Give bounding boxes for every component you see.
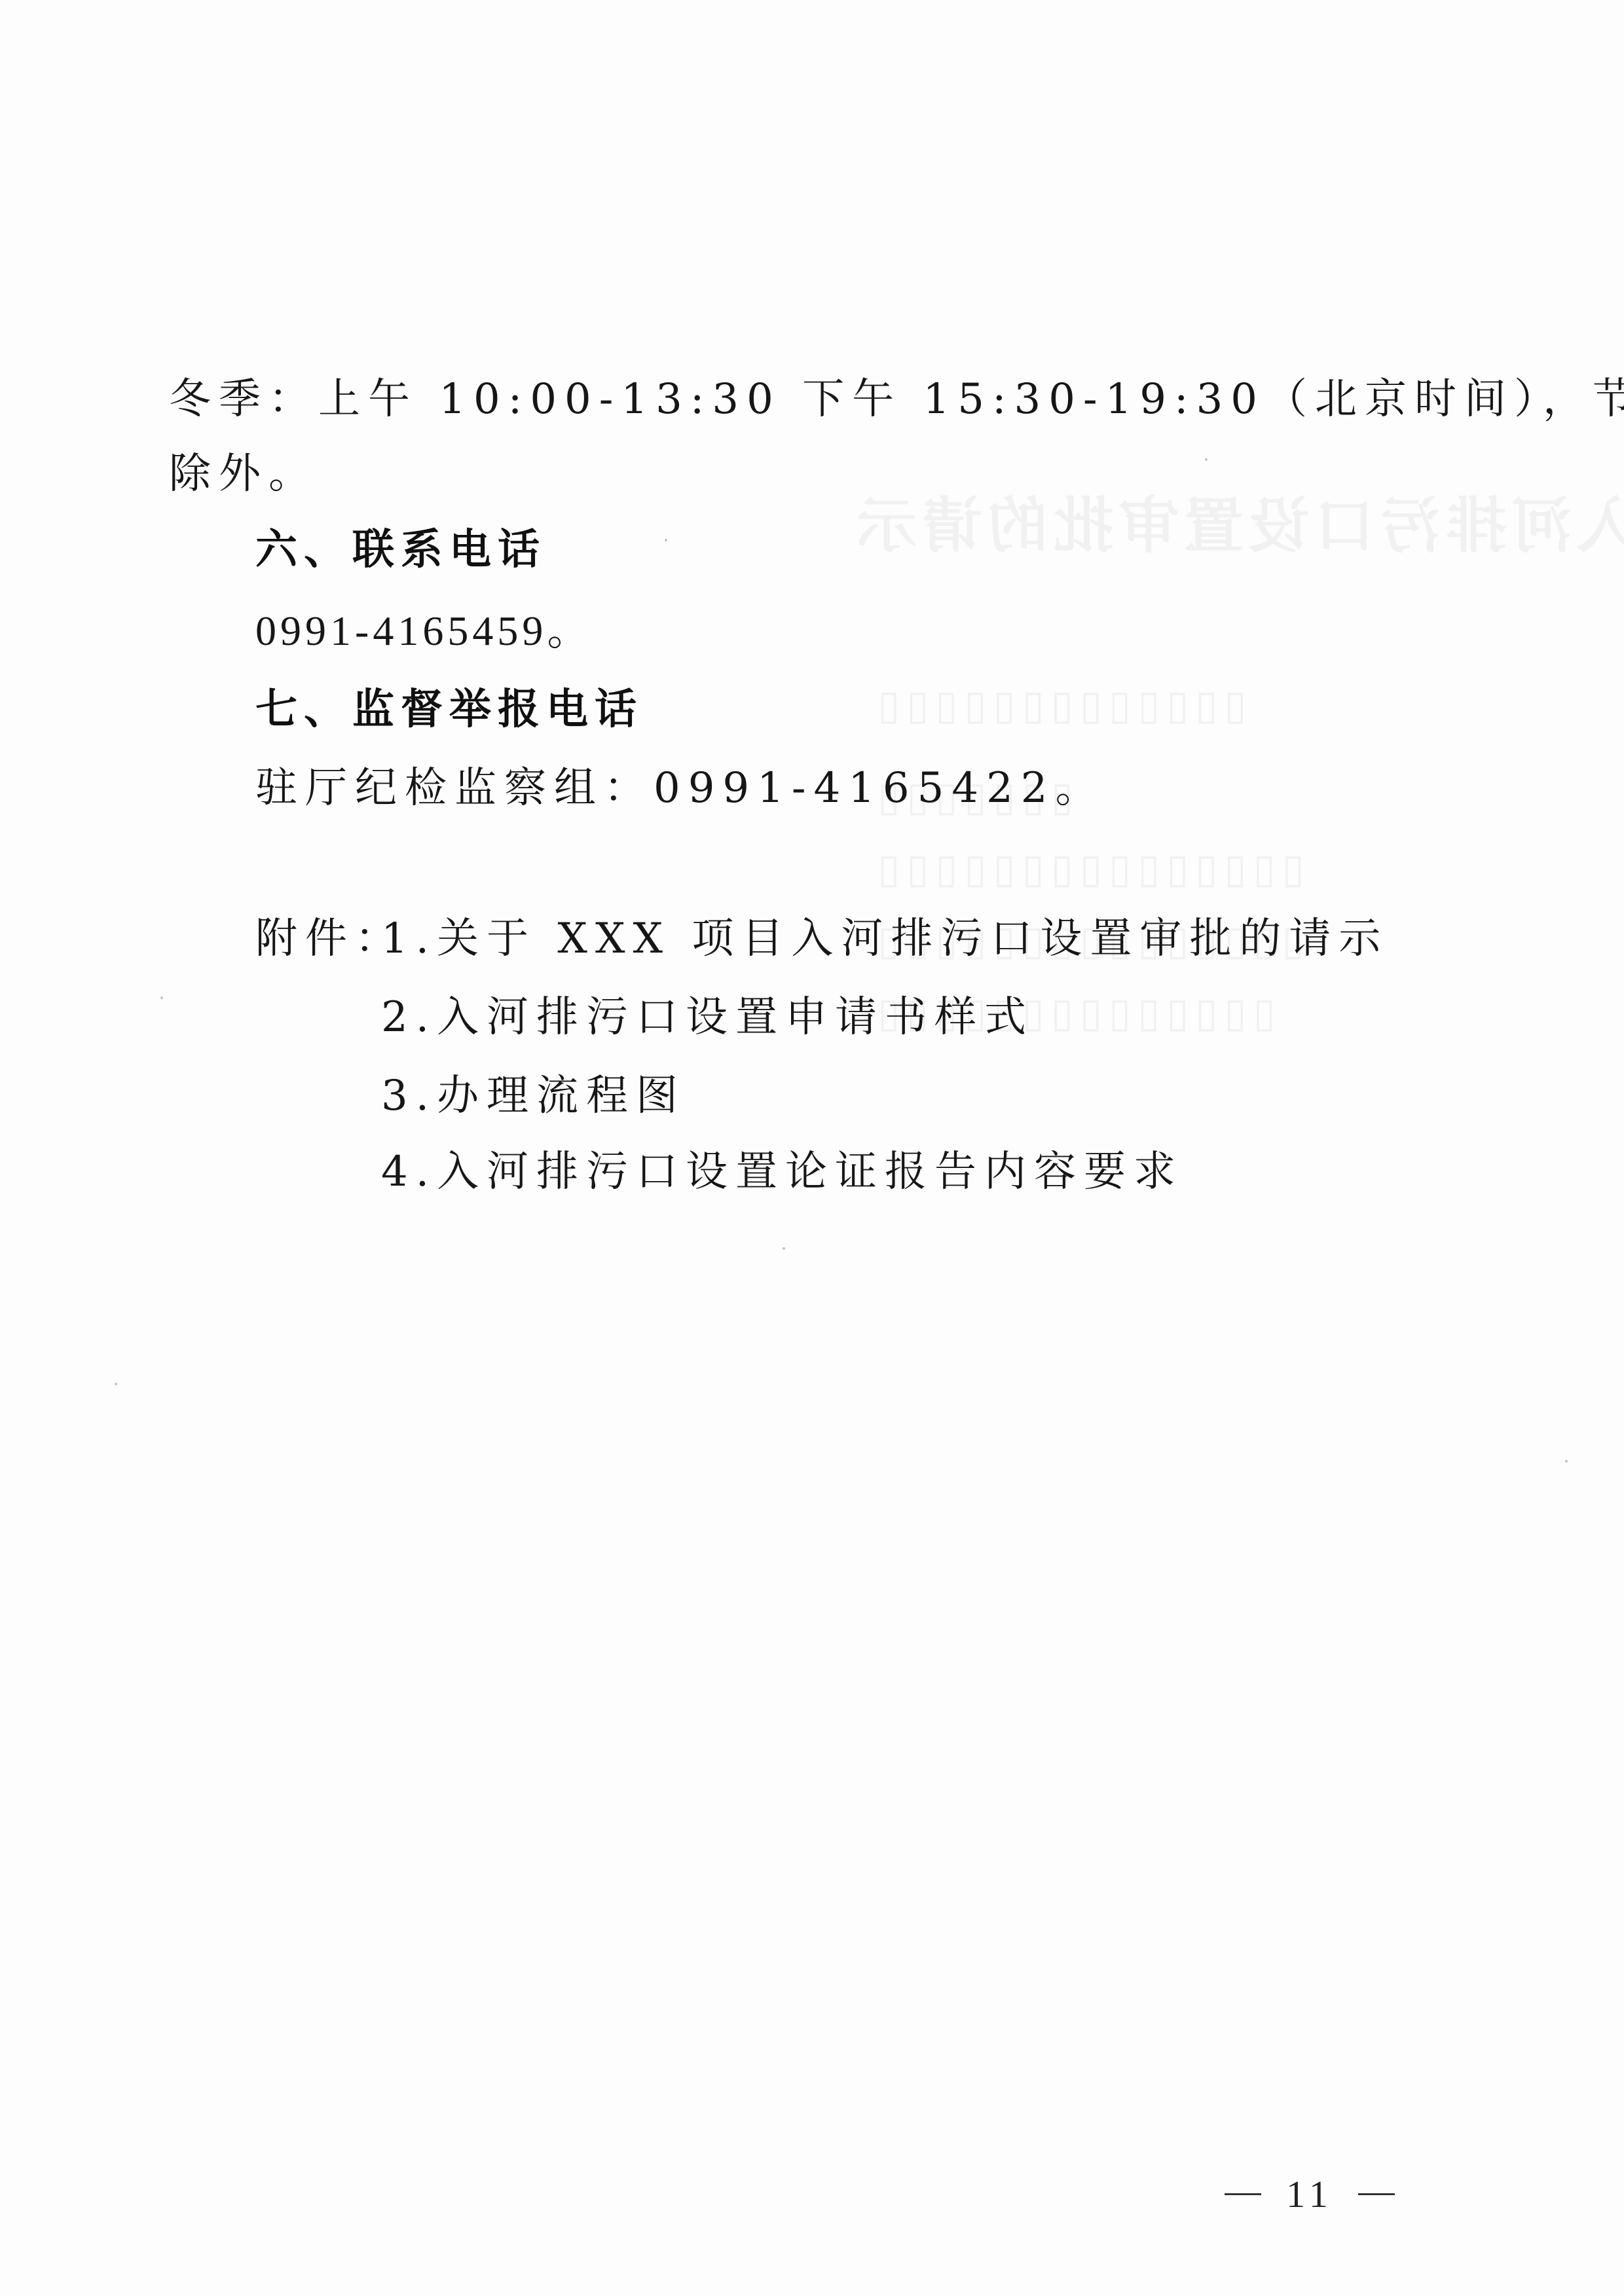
bleed-through-artifact: ▯▯▯▯▯▯▯▯▯▯▯▯▯▯▯ (871, 845, 1304, 892)
page-number: 11 (1286, 2172, 1333, 2216)
scan-speck (160, 996, 163, 999)
winter-hours-continuation: 除外。 (169, 453, 318, 495)
section-heading-supervision-hotline: 七、监督举报电话 (255, 689, 643, 731)
scan-speck (665, 539, 667, 541)
winter-hours-text: 冬季：上午 10:00-13:30 下午 15:30-19:30（北京时间），节… (169, 378, 1624, 420)
contact-phone-number: 0991-4165459。 (255, 610, 593, 652)
scan-speck (115, 1383, 117, 1385)
scan-speck (1565, 1460, 1568, 1463)
scan-speck (1205, 458, 1208, 461)
dash-left-decoration (1225, 2193, 1261, 2195)
dash-right-decoration (1358, 2193, 1395, 2195)
section-heading-contact-phone: 六、联系电话 (255, 529, 546, 571)
bleed-through-artifact: ▯▯▯▯▯▯▯▯▯▯▯▯▯ (871, 681, 1247, 729)
document-page: 关于XXX项目入河排污口设置审批的请示 ▯▯▯▯▯▯▯▯▯▯▯▯▯ ▯▯▯▯▯▯… (0, 0, 1624, 2296)
attachment-item: 2.入河排污口设置申请书样式 (381, 996, 1034, 1038)
scan-speck (783, 1247, 785, 1250)
supervision-hotline-number: 驻厅纪检监察组：0991-4165422。 (255, 767, 1105, 809)
attachment-item: 3.办理流程图 (381, 1075, 686, 1117)
attachment-item: 4.入河排污口设置论证报告内容要求 (381, 1151, 1183, 1193)
attachment-item: 1.关于 XXX 项目入河排污口设置审批的请示 (381, 918, 1388, 960)
page-number-footer: 11 (1225, 2172, 1395, 2216)
bleed-through-artifact: 关于XXX项目入河排污口设置审批的请示 (851, 478, 1624, 564)
